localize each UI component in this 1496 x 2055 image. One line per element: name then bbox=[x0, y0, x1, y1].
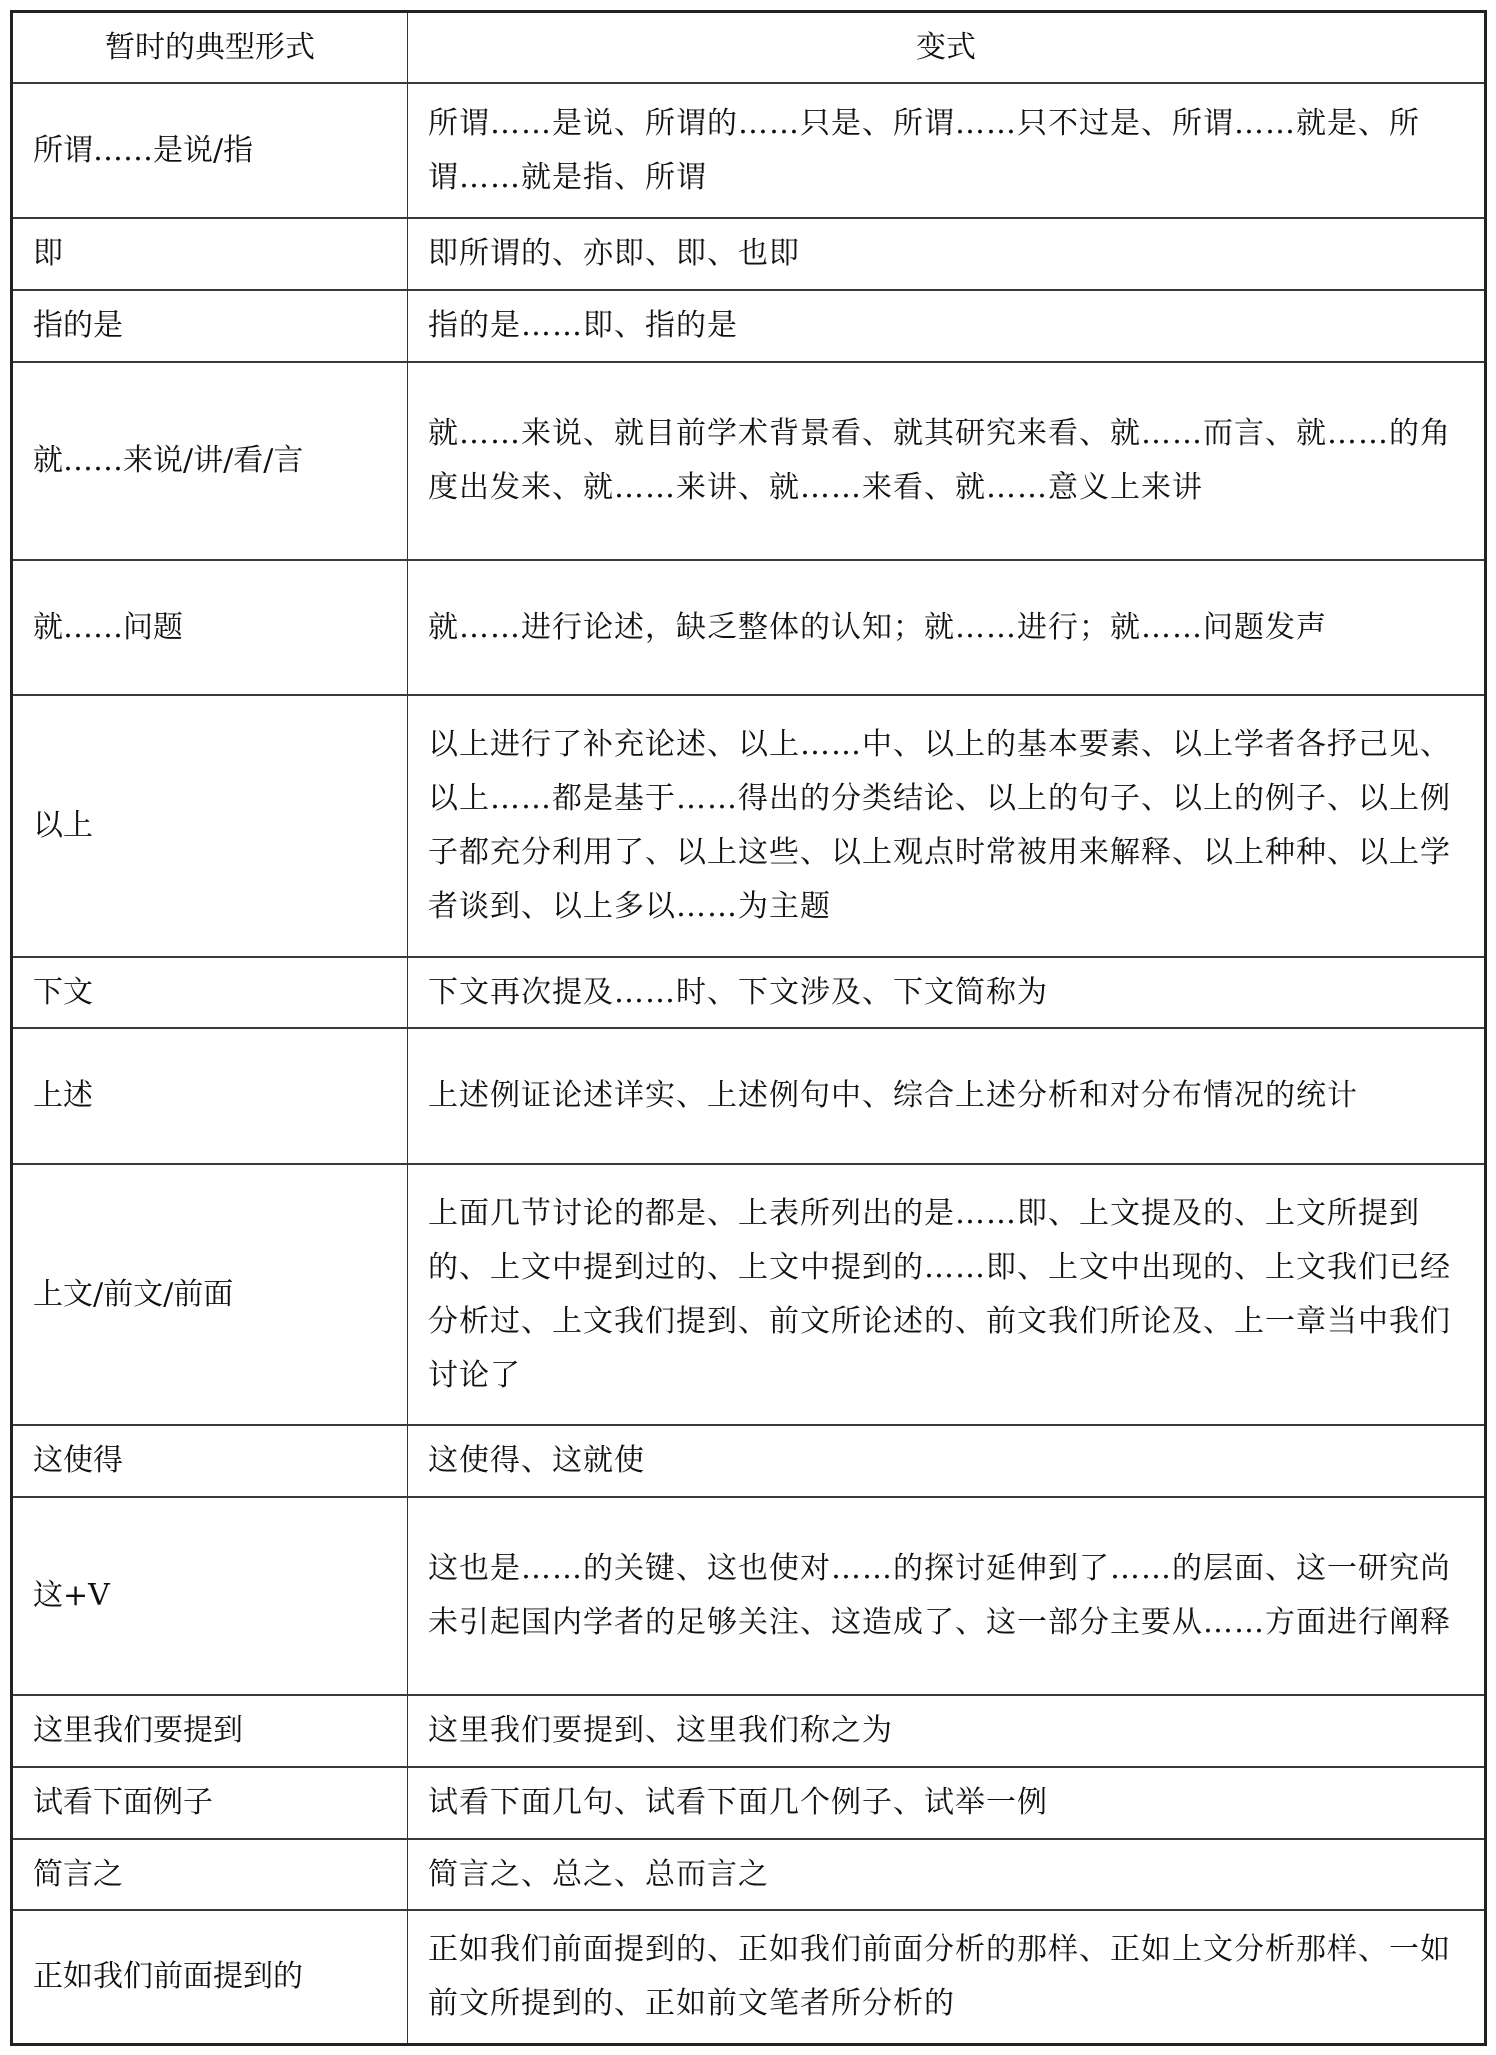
table-row: 这里我们要提到 这里我们要提到、这里我们称之为 bbox=[13, 1694, 1484, 1766]
table-header-row: 暂时的典型形式 变式 bbox=[13, 13, 1484, 82]
variants-cell: 这里我们要提到、这里我们称之为 bbox=[408, 1696, 1484, 1766]
phrase-variants-table: 暂时的典型形式 变式 所谓……是说/指 所谓……是说、所谓的……只是、所谓……只… bbox=[10, 10, 1487, 2046]
typical-form-cell: 简言之 bbox=[13, 1840, 408, 1909]
variants-text: 即所谓的、亦即、即、也即 bbox=[428, 227, 800, 281]
variants-text: 就……来说、就目前学术背景看、就其研究来看、就……而言、就……的角度出发来、就…… bbox=[428, 407, 1466, 515]
table-row: 以上 以上进行了补充论述、以上……中、以上的基本要素、以上学者各抒己见、以上……… bbox=[13, 694, 1484, 956]
variants-text: 上面几节讨论的都是、上表所列出的是……即、上文提及的、上文所提到的、上文中提到过… bbox=[428, 1187, 1466, 1403]
variants-cell: 这也是……的关键、这也使对……的探讨延伸到了……的层面、这一研究尚未引起国内学者… bbox=[408, 1498, 1484, 1694]
variants-text: 上述例证论述详实、上述例句中、综合上述分析和对分布情况的统计 bbox=[428, 1069, 1358, 1123]
table-row: 下文 下文再次提及……时、下文涉及、下文简称为 bbox=[13, 956, 1484, 1027]
variants-text: 指的是……即、指的是 bbox=[428, 299, 738, 353]
variants-cell: 就……来说、就目前学术背景看、就其研究来看、就……而言、就……的角度出发来、就…… bbox=[408, 363, 1484, 559]
variants-cell: 简言之、总之、总而言之 bbox=[408, 1840, 1484, 1909]
typical-form-cell: 上述 bbox=[13, 1029, 408, 1163]
variants-text: 这使得、这就使 bbox=[428, 1434, 645, 1488]
variants-cell: 指的是……即、指的是 bbox=[408, 291, 1484, 361]
table-row: 简言之 简言之、总之、总而言之 bbox=[13, 1838, 1484, 1909]
variants-text: 以上进行了补充论述、以上……中、以上的基本要素、以上学者各抒己见、以上……都是基… bbox=[428, 718, 1466, 934]
typical-form-cell: 这里我们要提到 bbox=[13, 1696, 408, 1766]
typical-form-cell: 下文 bbox=[13, 958, 408, 1027]
table-row: 指的是 指的是……即、指的是 bbox=[13, 289, 1484, 361]
table-row: 这使得 这使得、这就使 bbox=[13, 1424, 1484, 1496]
table-row: 上文/前文/前面 上面几节讨论的都是、上表所列出的是……即、上文提及的、上文所提… bbox=[13, 1163, 1484, 1424]
variants-cell: 上面几节讨论的都是、上表所列出的是……即、上文提及的、上文所提到的、上文中提到过… bbox=[408, 1165, 1484, 1424]
variants-text: 下文再次提及……时、下文涉及、下文简称为 bbox=[428, 966, 1048, 1020]
variants-text: 简言之、总之、总而言之 bbox=[428, 1848, 769, 1902]
variants-cell: 所谓……是说、所谓的……只是、所谓……只不过是、所谓……就是、所谓……就是指、所… bbox=[408, 84, 1484, 217]
table-row: 试看下面例子 试看下面几句、试看下面几个例子、试举一例 bbox=[13, 1766, 1484, 1838]
typical-form-cell: 这+V bbox=[13, 1498, 408, 1694]
variants-text: 试看下面几句、试看下面几个例子、试举一例 bbox=[428, 1776, 1048, 1830]
variants-text: 就……进行论述，缺乏整体的认知；就……进行；就……问题发声 bbox=[428, 601, 1327, 655]
typical-form-cell: 就……问题 bbox=[13, 561, 408, 694]
typical-form-cell: 即 bbox=[13, 219, 408, 289]
variants-text: 这也是……的关键、这也使对……的探讨延伸到了……的层面、这一研究尚未引起国内学者… bbox=[428, 1542, 1466, 1650]
typical-form-cell: 这使得 bbox=[13, 1426, 408, 1496]
variants-text: 正如我们前面提到的、正如我们前面分析的那样、正如上文分析那样、一如前文所提到的、… bbox=[428, 1923, 1466, 2031]
variants-cell: 下文再次提及……时、下文涉及、下文简称为 bbox=[408, 958, 1484, 1027]
table-row: 正如我们前面提到的 正如我们前面提到的、正如我们前面分析的那样、正如上文分析那样… bbox=[13, 1909, 1484, 2043]
typical-form-cell: 指的是 bbox=[13, 291, 408, 361]
typical-form-cell: 以上 bbox=[13, 696, 408, 956]
variants-text: 这里我们要提到、这里我们称之为 bbox=[428, 1704, 893, 1758]
variants-cell: 正如我们前面提到的、正如我们前面分析的那样、正如上文分析那样、一如前文所提到的、… bbox=[408, 1911, 1484, 2043]
header-variants: 变式 bbox=[408, 13, 1484, 82]
variants-cell: 试看下面几句、试看下面几个例子、试举一例 bbox=[408, 1768, 1484, 1838]
typical-form-cell: 上文/前文/前面 bbox=[13, 1165, 408, 1424]
variants-cell: 上述例证论述详实、上述例句中、综合上述分析和对分布情况的统计 bbox=[408, 1029, 1484, 1163]
table-row: 即 即所谓的、亦即、即、也即 bbox=[13, 217, 1484, 289]
variants-cell: 以上进行了补充论述、以上……中、以上的基本要素、以上学者各抒己见、以上……都是基… bbox=[408, 696, 1484, 956]
typical-form-cell: 正如我们前面提到的 bbox=[13, 1911, 408, 2043]
typical-form-cell: 就……来说/讲/看/言 bbox=[13, 363, 408, 559]
variants-cell: 就……进行论述，缺乏整体的认知；就……进行；就……问题发声 bbox=[408, 561, 1484, 694]
table-row: 所谓……是说/指 所谓……是说、所谓的……只是、所谓……只不过是、所谓……就是、… bbox=[13, 82, 1484, 217]
typical-form-cell: 试看下面例子 bbox=[13, 1768, 408, 1838]
table-row: 就……来说/讲/看/言 就……来说、就目前学术背景看、就其研究来看、就……而言、… bbox=[13, 361, 1484, 559]
typical-form-cell: 所谓……是说/指 bbox=[13, 84, 408, 217]
table-row: 这+V 这也是……的关键、这也使对……的探讨延伸到了……的层面、这一研究尚未引起… bbox=[13, 1496, 1484, 1694]
variants-cell: 即所谓的、亦即、即、也即 bbox=[408, 219, 1484, 289]
variants-text: 所谓……是说、所谓的……只是、所谓……只不过是、所谓……就是、所谓……就是指、所… bbox=[428, 97, 1466, 205]
table-row: 上述 上述例证论述详实、上述例句中、综合上述分析和对分布情况的统计 bbox=[13, 1027, 1484, 1163]
variants-cell: 这使得、这就使 bbox=[408, 1426, 1484, 1496]
table-row: 就……问题 就……进行论述，缺乏整体的认知；就……进行；就……问题发声 bbox=[13, 559, 1484, 694]
header-typical-form: 暂时的典型形式 bbox=[13, 13, 408, 82]
